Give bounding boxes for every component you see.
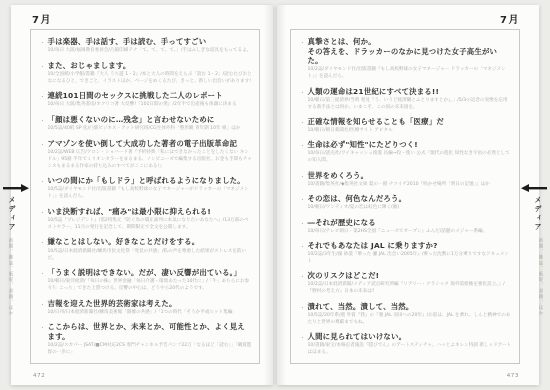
entry-title: その恋は、何色なんだろう。 <box>308 194 407 204</box>
entry-title: 人間に見られてはいけない。 <box>308 332 513 342</box>
bullet-icon: ・ <box>300 305 305 311</box>
entry-title: 「うまく説明はできない。だが、凄い反響が出ている。」 <box>48 268 253 278</box>
entry-credit: 10/5誌/40紙 SP 化/凸版ビジネス・アット研究班/CG生体外科「整形観 … <box>48 126 241 133</box>
bullet-icon: ・ <box>300 335 305 341</box>
copy-entry: ・「うまく説明はできない。だが、凄い反響が出ている。」10/朝日/東洋経済/『毎… <box>40 268 252 293</box>
page-left: 7月 ・手は楽器、手は話す、手は読む、手ってすごい10/毎日 大阪/福岡教育委員… <box>11 5 273 385</box>
entry-title: 世界をめくろう。 <box>308 171 490 181</box>
page-right: 7月 ・真摯さとは、何か。 その答えを、ドラッカーのなかに見つけた女子高生がいた… <box>277 5 539 385</box>
entry-credit: 10/2誌/3年生/頭 砂漠『乗った 瀬 JAL 出会い2005年』/乗った沈黙… <box>308 252 513 266</box>
copy-entry: ・手は楽器、手は話す、手は読む、手ってすごい10/毎日 大阪/福岡教育委員会/凸… <box>40 37 252 55</box>
entry-title: それでもあなたは JAL に乗りますか? <box>308 241 513 251</box>
bullet-icon: ・ <box>300 274 305 280</box>
entry-credit: 10/2誌/ダイヤモンド社/出版書籍『もし高校野球の女子マネージャー ドラッカー… <box>308 67 513 81</box>
bullet-icon: ・ <box>40 271 45 277</box>
entry-credit: 10/5誌/20年系/週 外資『我』の『裏 JAL 羽田への20年』/お前は、J… <box>308 313 513 327</box>
entry-box-left: ・手は楽器、手は話す、手は読む、手ってすごい10/毎日 大阪/福岡教育委員会/凸… <box>30 29 260 364</box>
entry-credit: 10/書籍/東宝/本格忍者施設『隠びでん』のアートスティチャ。ハッとよネレン特訓… <box>308 343 513 357</box>
arrow-left-icon <box>521 184 547 192</box>
entry-credit: 10/毎日/テレビ朝日・第2HS全国『ニュースでオープン』ふんだ/話題のメジャー… <box>308 229 488 236</box>
entry-title: 真摯さとは、何か。 その答えを、ドラッカーのなかに見つけた女子高生がいた。 <box>308 37 513 66</box>
entry-credit: 10/毎日 大阪/集英書房/オクリコ著 大反響!『101日間の愛』/2年半で出産… <box>48 102 237 109</box>
entry-credit: 10/全国紙/小学館/書籍『大人 うち遊 1・2』/本と大人の時間をえらぶ「読む… <box>48 72 253 86</box>
bullet-icon: ・ <box>40 240 45 246</box>
bullet-icon: ・ <box>300 221 305 227</box>
bullet-icon: ・ <box>300 120 305 126</box>
month-header-right: 7月 <box>500 11 520 26</box>
bullet-icon: ・ <box>40 40 45 46</box>
copy-entry: ・―それが歴史になる10/毎日/テレビ朝日・第2HS全国『ニュースでオープン』ふ… <box>300 218 512 236</box>
bullet-icon: ・ <box>300 197 305 203</box>
entry-credit: 10/5誌/日本経済新聞社/練馬市民文化祭「発見の共感」/私の声を尊重した結果が… <box>48 249 253 263</box>
bullet-icon: ・ <box>300 244 305 250</box>
bullet-icon: ・ <box>40 64 45 70</box>
bullet-icon: ・ <box>40 210 45 216</box>
copy-entry: ・正確な情報を知らせることも「医療」だ10/朝日/朝日新聞社/医療サイト アピタ… <box>300 117 512 135</box>
month-header-left: 7月 <box>32 11 52 26</box>
entry-title: 手は楽器、手は話す、手は読む、手ってすごい <box>48 37 252 47</box>
entry-title: アマゾンを使い倒して大成功した著者の電子出版革命記 <box>48 139 253 149</box>
entry-credit: 10/朝日/ワンティオ/夏の恋は虹色に輝く(順) <box>308 205 407 212</box>
copy-entry: ・人類の運命は21世紀にすべて決まる!!10/朝日/第三経済界/当時 発見『う、… <box>300 87 512 112</box>
entry-credit: 10/朝日/第三経済界/当時 発見『う、いうど経済観とふとりますとか』。」/5/… <box>308 98 513 112</box>
copy-entry: ・また、おじゃまします。10/全国紙/小学館/書籍『大人 うち遊 1・2』/本と… <box>40 61 252 86</box>
entry-credit: 10/2誌/日本経済新聞/メディア読点研究所編『リアリー・クラシック 海外需給権… <box>308 282 513 296</box>
bullet-icon: ・ <box>40 325 45 331</box>
copy-entry: ・ここからは、世界とか、未来とか、可能性とか、よく見えます。10/2誌/スカパー… <box>40 322 252 357</box>
tab-categories: 新聞、雑誌、販促、書籍、ほか <box>7 238 13 316</box>
tab-categories: 新聞、雑誌、販促、書籍、ほか <box>537 238 543 316</box>
bullet-icon: ・ <box>300 174 305 180</box>
book-spread: 7月 ・手は楽器、手は話す、手は読む、手ってすごい10/毎日 大阪/福岡教育委員… <box>0 0 550 390</box>
copy-entry: ・潰れて、当然。潰して、当然。10/5誌/20年系/週 外資『我』の『裏 JAL… <box>300 302 512 327</box>
entry-title: ―それが歴史になる <box>308 218 488 228</box>
copy-entry: ・アマゾンを使い倒して大成功した著者の電子出版革命記10/2誌/WEB 広告/ア… <box>40 139 252 171</box>
entry-credit: 10/5誌『プレジデント』/第2特集元『防ぐ為の矯正歯列に本気になりたいあなたへ… <box>48 218 253 232</box>
copy-entry: ・世界をめくろう。10/書籍/集英社/◆集英社文庫 夏の一冊 ナツイチ2010『… <box>300 171 512 189</box>
copy-entry: ・「顔は悪くないのに…残念」と言わせないために10/5誌/40紙 SP 化/凸版… <box>40 115 252 133</box>
entry-list-left: ・手は楽器、手は話す、手は読む、手ってすごい10/毎日 大阪/福岡教育委員会/凸… <box>40 37 252 357</box>
entry-title: 嫌なことはしない。好きなことだけをする。 <box>48 237 253 247</box>
copy-entry: ・次のリスクはどこだ!10/2誌/日本経済新聞/メディア読点研究所編『リアリー・… <box>300 271 512 296</box>
page-number-right: 473 <box>507 373 519 379</box>
copy-entry: ・いま決断すれば、"痛み"は最小限に抑えられる!10/5誌『プレジデント』/第2… <box>40 207 252 232</box>
entry-title: 正確な情報を知らせることも「医療」だ <box>308 117 444 127</box>
entry-credit: 10/2誌/スカパー JSAT/■CM対応2CS 専門チャンネル予告パンフ22万… <box>48 343 253 357</box>
entry-title: 次のリスクはどこだ! <box>308 271 513 281</box>
entry-title: 吉報を迎えた世界的芸術家は考えた。 <box>48 299 237 309</box>
entry-title: 「顔は悪くないのに…残念」と言わせないために <box>48 115 241 125</box>
entry-title: 人類の運命は21世紀にすべて決まる!! <box>308 87 513 97</box>
entry-title: 生命は必ず"知性"にたどりつく! <box>308 140 513 150</box>
copy-entry: ・いつの間にか「もしドラ」と呼ばれるようになりました。10/5誌/ダイヤモンド社… <box>40 176 252 201</box>
entry-title: 連続101日間のセックスに挑戦した二人のレポート <box>48 91 237 101</box>
entry-title: いま決断すれば、"痛み"は最小限に抑えられる! <box>48 207 253 217</box>
copy-entry: ・嫌なことはしない。好きなことだけをする。10/5誌/日本経済新聞社/練馬市民文… <box>40 237 252 262</box>
entry-box-right: ・真摯さとは、何か。 その答えを、ドラッカーのなかに見つけた女子高生がいた。10… <box>290 29 520 364</box>
entry-credit: 10/朝日/朝日新聞社/医療サイト アピタル <box>308 128 444 135</box>
bullet-icon: ・ <box>300 90 305 96</box>
copy-entry: ・それでもあなたは JAL に乗りますか?10/2誌/3年生/頭 砂漠『乗った … <box>300 241 512 266</box>
copy-entry: ・その恋は、何色なんだろう。10/朝日/ワンティオ/夏の恋は虹色に輝く(順) <box>300 194 512 212</box>
copy-entry: ・生命は必ず"知性"にたどりつく!10/毎日/読売社/ワイキャッシュ推進 長編→… <box>300 140 512 165</box>
entry-title: いつの間にか「もしドラ」と呼ばれるようになりました。 <box>48 176 253 186</box>
arrow-right-icon <box>3 184 29 192</box>
page-number-left: 472 <box>33 373 45 379</box>
entry-list-right: ・真摯さとは、何か。 その答えを、ドラッカーのなかに見つけた女子高生がいた。10… <box>300 37 512 357</box>
media-tab-left: メディア 新聞、雑誌、販促、書籍、ほか <box>3 184 29 316</box>
entry-title: 潰れて、当然。潰して、当然。 <box>308 302 513 312</box>
bullet-icon: ・ <box>300 143 305 149</box>
entry-credit: 10/5誌/ダイヤモンド社/出版書籍『もし高校野球の女子マネージャーがドラッカー… <box>48 187 253 201</box>
copy-entry: ・吉報を迎えた世界的芸術家は考えた。10/日刊/日本経済新聞社/練馬美術館「開催… <box>40 299 252 317</box>
entry-credit: 10/2誌/WEB 広告/アロン・ショバード著『予約特典「私にはできなかったこと… <box>48 150 253 171</box>
copy-entry: ・人間に見られてはいけない。10/書籍/東宝/本格忍者施設『隠びでん』のアートス… <box>300 332 512 357</box>
copy-entry: ・連続101日間のセックスに挑戦した二人のレポート10/毎日 大阪/集英書房/オ… <box>40 91 252 109</box>
bullet-icon: ・ <box>40 142 45 148</box>
entry-credit: 10/毎日/読売社/ワイキャッシュ推進 長編→役・使い 公式『現代の進化 知性な… <box>308 151 513 165</box>
tab-label: メディア <box>533 196 543 232</box>
entry-title: また、おじゃまします。 <box>48 61 253 71</box>
bullet-icon: ・ <box>40 179 45 185</box>
bullet-icon: ・ <box>40 118 45 124</box>
bullet-icon: ・ <box>300 40 305 46</box>
entry-credit: 10/日刊/日本経済新聞社/練馬美術館「開催の共感」/「1つの時代「そうか平成ヒ… <box>48 310 237 317</box>
copy-entry: ・真摯さとは、何か。 その答えを、ドラッカーのなかに見つけた女子高生がいた。10… <box>300 37 512 81</box>
tab-label: メディア <box>7 196 17 232</box>
bullet-icon: ・ <box>40 302 45 308</box>
entry-title: ここからは、世界とか、未来とか、可能性とか、よく見えます。 <box>48 322 253 341</box>
entry-credit: 10/毎日 大阪/福岡教育委員会/凸版印刷テナ「て。て。て。て。」/手はふしぎな… <box>48 48 252 55</box>
entry-credit: 10/朝日/東洋経済/『毎日の株』世界金融「毎日介護・環境あたった10代に」/「… <box>48 279 253 293</box>
bullet-icon: ・ <box>40 94 45 100</box>
media-tab-right: メディア 新聞、雑誌、販促、書籍、ほか <box>521 184 547 316</box>
entry-credit: 10/書籍/集英社/◆集英社文庫 夏の一冊 ナツイチ2010『咲かせ場所「明日の… <box>308 182 490 189</box>
